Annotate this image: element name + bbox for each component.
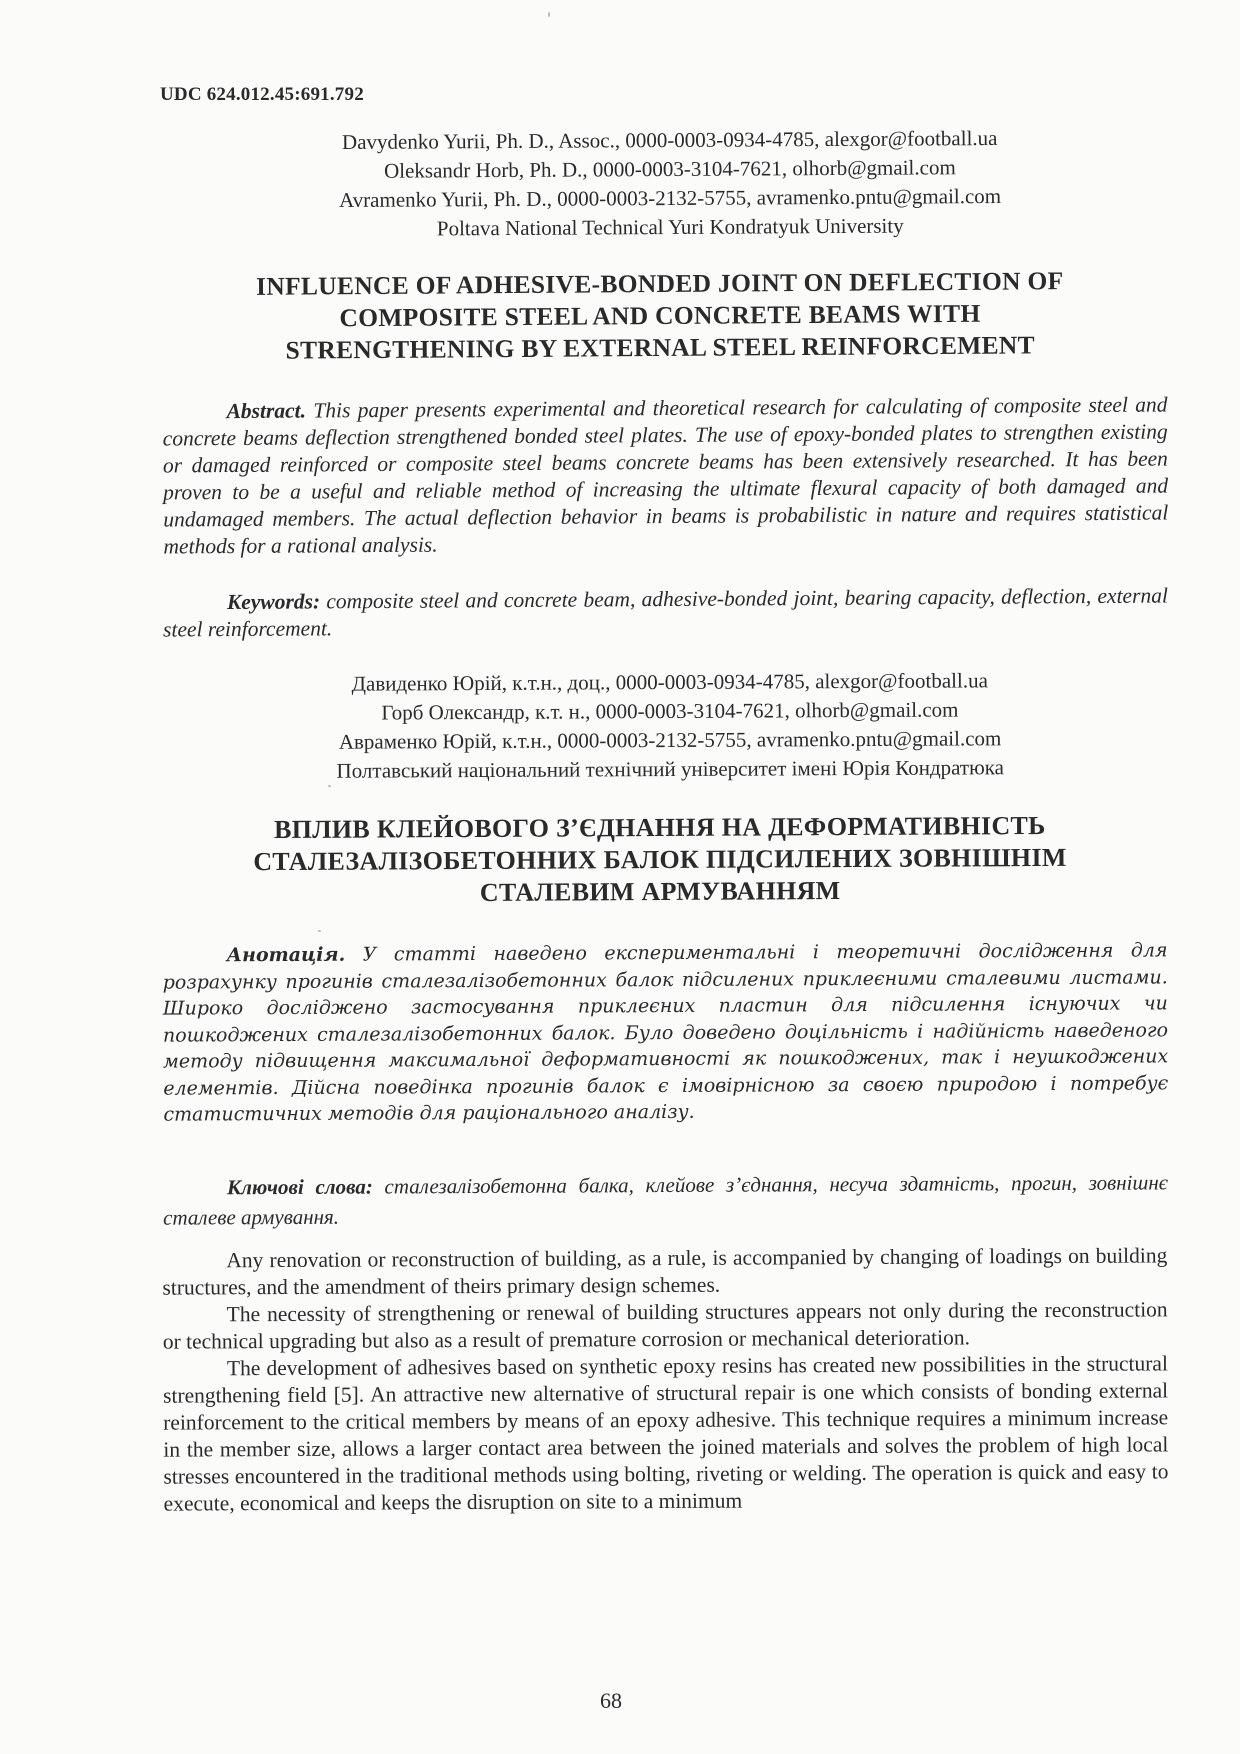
keywords-label: Ключові слова:	[227, 1175, 373, 1200]
paper-title-ukrainian: ВПЛИВ КЛЕЙОВОГО З’ЄДНАННЯ НА ДЕФОРМАТИВН…	[150, 809, 1170, 910]
affiliation: Poltava National Technical Yuri Kondraty…	[200, 210, 1140, 245]
scan-speck	[548, 12, 550, 17]
affiliation: Полтавський національний технічний уніве…	[200, 753, 1140, 787]
authors-block-ukrainian: Давиденко Юрій, к.т.н., доц., 0000-0003-…	[200, 666, 1141, 787]
keywords-english: Keywords: composite steel and concrete b…	[163, 582, 1168, 643]
abstract-label: Abstract.	[226, 399, 306, 424]
abstract-label: Анотація.	[227, 944, 346, 967]
title-line: STRENGTHENING BY EXTERNAL STEEL REINFORC…	[150, 328, 1170, 367]
author-line: Avramenko Yurii, Ph. D., 0000-0003-2132-…	[200, 181, 1140, 216]
paper-title-english: INFLUENCE OF ADHESIVE-BONDED JOINT ON DE…	[150, 264, 1171, 367]
keywords-label: Keywords:	[227, 589, 320, 614]
authors-block-english: Davydenko Yurii, Ph. D., Assoc., 0000-00…	[200, 123, 1141, 245]
page-number: 68	[600, 1688, 622, 1714]
scan-speck	[328, 785, 331, 787]
abstract-text: У статті наведено експериментальні і тео…	[163, 939, 1169, 1125]
body-text: Any renovation or reconstruction of buil…	[162, 1242, 1168, 1517]
title-line: СТАЛЕВИМ АРМУВАННЯМ	[150, 873, 1170, 910]
body-paragraph: Any renovation or reconstruction of buil…	[162, 1242, 1167, 1301]
keywords-ukrainian: Ключові слова: сталезалізобетонна балка,…	[163, 1167, 1168, 1232]
paper-page: UDC 624.012.45:691.792 Davydenko Yurii, …	[0, 0, 1240, 1754]
body-paragraph: The necessity of strengthening or renewa…	[163, 1296, 1168, 1355]
abstract-text: This paper presents experimental and the…	[163, 392, 1169, 558]
title-line: ВПЛИВ КЛЕЙОВОГО З’ЄДНАННЯ НА ДЕФОРМАТИВН…	[150, 809, 1170, 846]
udc-code: UDC 624.012.45:691.792	[160, 84, 364, 106]
title-line: СТАЛЕЗАЛІЗОБЕТОННИХ БАЛОК ПІДСИЛЕНИХ ЗОВ…	[150, 841, 1170, 878]
body-paragraph: The development of adhesives based on sy…	[163, 1350, 1169, 1517]
abstract-english: Abstract. This paper presents experiment…	[162, 391, 1168, 560]
abstract-ukrainian: Анотація. У статті наведено експеримента…	[163, 937, 1169, 1128]
scan-speck	[318, 930, 321, 932]
